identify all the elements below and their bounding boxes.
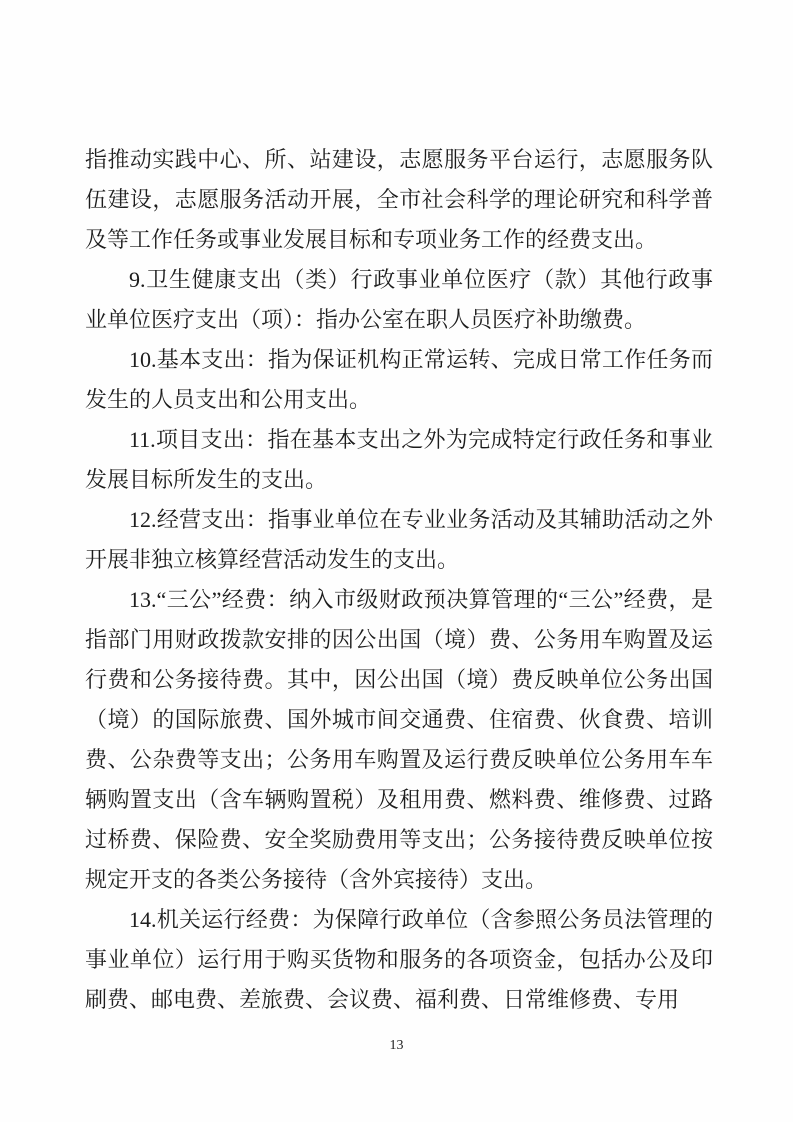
paragraph-item-10: 10.基本支出：指为保证机构正常运转、完成日常工作任务而发生的人员支出和公用支出… [85, 340, 713, 420]
paragraph-item-12: 12.经营支出：指事业单位在专业业务活动及其辅助活动之外开展非独立核算经营活动发… [85, 500, 713, 580]
paragraph-item-11: 11.项目支出：指在基本支出之外为完成特定行政任务和事业发展目标所发生的支出。 [85, 420, 713, 500]
paragraph-continuation: 指推动实践中心、所、站建设，志愿服务平台运行，志愿服务队伍建设，志愿服务活动开展… [85, 140, 713, 260]
paragraph-item-14: 14.机关运行经费：为保障行政单位（含参照公务员法管理的事业单位）运行用于购买货… [85, 900, 713, 1020]
page-number: 13 [0, 1036, 793, 1056]
document-body: 指推动实践中心、所、站建设，志愿服务平台运行，志愿服务队伍建设，志愿服务活动开展… [85, 140, 713, 1020]
document-page: 指推动实践中心、所、站建设，志愿服务平台运行，志愿服务队伍建设，志愿服务活动开展… [0, 0, 793, 1122]
paragraph-item-13: 13.“三公”经费：纳入市级财政预决算管理的“三公”经费，是指部门用财政拨款安排… [85, 580, 713, 900]
paragraph-item-9: 9.卫生健康支出（类）行政事业单位医疗（款）其他行政事业单位医疗支出（项）：指办… [85, 260, 713, 340]
